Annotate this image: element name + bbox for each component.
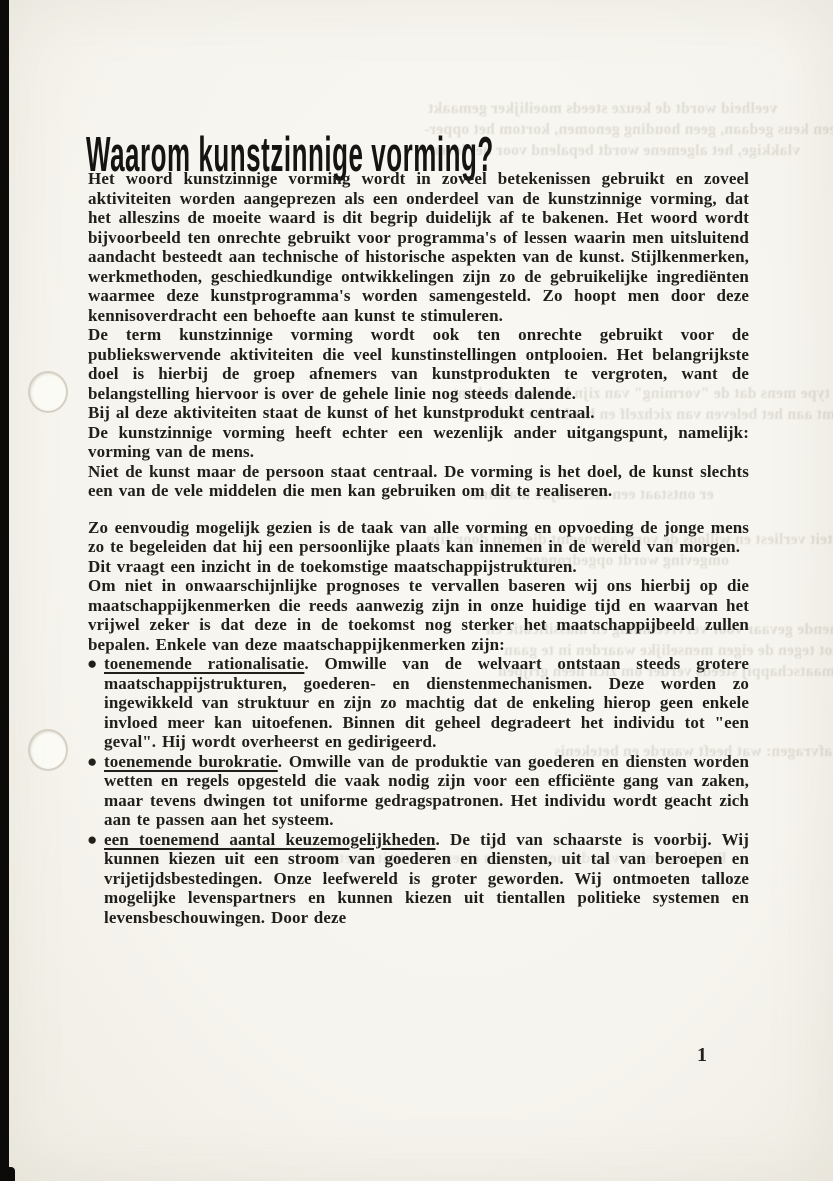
- bullet-icon: ●: [87, 830, 97, 850]
- bleedthrough-text: veelheid wordt de keuze steeds moeilijke…: [428, 100, 777, 118]
- list-item: ● een toenemend aantal keuzemogelijkhede…: [88, 830, 749, 928]
- scanned-document-page: veelheid wordt de keuze steeds moeilijke…: [0, 0, 833, 1181]
- binding-edge-corner: [0, 1167, 15, 1181]
- list-item: ● toenemende rationalisatie. Omwille van…: [88, 654, 749, 752]
- bullet-lead: toenemende burokratie: [104, 752, 278, 771]
- bullet-icon: ●: [87, 654, 97, 674]
- paragraph: Zo eenvoudig mogelijk gezien is de taak …: [88, 518, 749, 557]
- document-body: Het woord kunstzinnige vorming wordt in …: [88, 169, 749, 927]
- bullet-lead: een toenemend aantal keuzemogelijkheden: [104, 830, 436, 849]
- punch-hole: [28, 729, 68, 771]
- bullet-list: ● toenemende rationalisatie. Omwille van…: [88, 654, 749, 927]
- paragraph: De kunstzinnige vorming heeft echter een…: [88, 423, 749, 462]
- bullet-lead: toenemende rationalisatie: [104, 654, 304, 673]
- paragraph: Bij al deze aktiviteiten staat de kunst …: [88, 403, 749, 423]
- paragraph: Dit vraagt een inzicht in de toekomstige…: [88, 557, 749, 577]
- paragraph: De term kunstzinnige vorming wordt ook t…: [88, 325, 749, 403]
- bullet-icon: ●: [87, 752, 97, 772]
- punch-hole: [28, 371, 68, 413]
- paragraph: Om niet in onwaarschijnlijke prognoses t…: [88, 576, 749, 654]
- list-item: ● toenemende burokratie. Omwille van de …: [88, 752, 749, 830]
- paragraph: Niet de kunst maar de persoon staat cent…: [88, 462, 749, 501]
- page-number: 1: [697, 1044, 708, 1067]
- paragraph: Het woord kunstzinnige vorming wordt in …: [88, 169, 749, 325]
- binding-edge-bar: [0, 0, 9, 1181]
